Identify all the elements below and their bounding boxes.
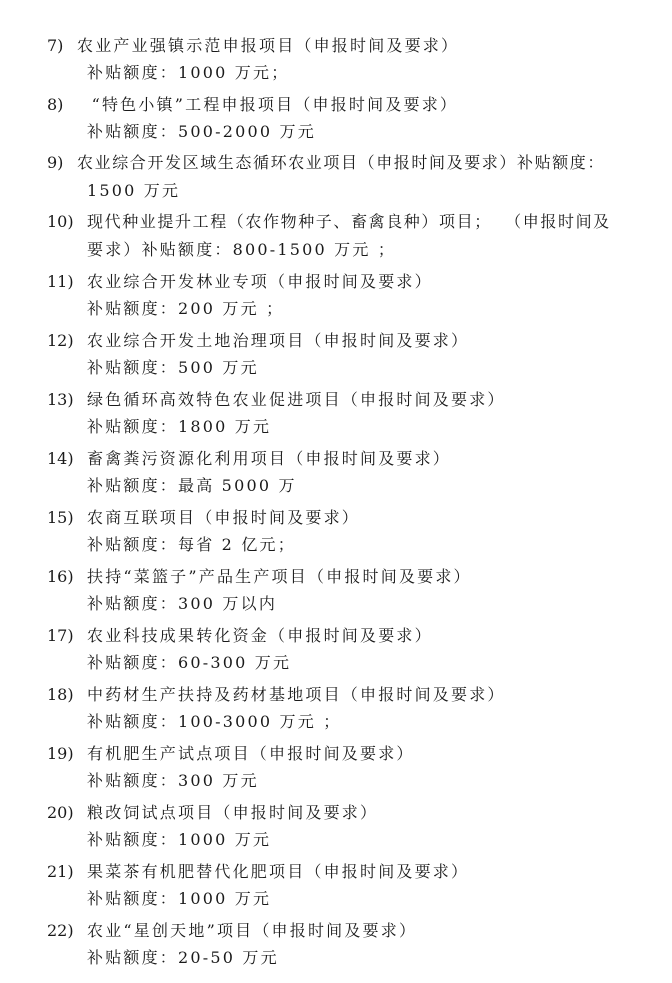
item-title: 农商互联项目（申报时间及要求） (87, 508, 360, 528)
item-subsidy: 要求）补贴额度：800-1500 万元 ； (87, 240, 396, 260)
item-number: 13) (47, 390, 74, 410)
item-subsidy: 补贴额度：300 万以内 (87, 594, 277, 614)
item-title: 粮改饲试点项目（申报时间及要求） (87, 803, 378, 823)
item-number: 7) (47, 36, 63, 56)
item-title: 农业产业强镇示范申报项目（申报时间及要求） (77, 36, 459, 56)
item-title: 扶持“菜篮子”产品生产项目（申报时间及要求） (87, 567, 472, 587)
item-subsidy: 补贴额度：最高 5000 万 (87, 476, 297, 496)
item-title: 果菜茶有机肥替代化肥项目（申报时间及要求） (87, 862, 469, 882)
item-number: 12) (47, 331, 74, 351)
item-title: 农业科技成果转化资金（申报时间及要求） (87, 626, 433, 646)
item-subsidy: 补贴额度：每省 2 亿元； (87, 535, 296, 555)
document-page: 7) 农业产业强镇示范申报项目（申报时间及要求） 补贴额度：1000 万元； 8… (0, 0, 672, 983)
item-number: 17) (47, 626, 74, 646)
item-number: 8) (47, 95, 63, 115)
item-title: 畜禽粪污资源化利用项目（申报时间及要求） (87, 449, 451, 469)
item-title: 农业综合开发区域生态循环农业项目（申报时间及要求）补贴额度： (77, 153, 605, 173)
item-subsidy: 补贴额度：1000 万元 (87, 889, 271, 909)
item-title: 中药材生产扶持及药材基地项目（申报时间及要求） (87, 685, 506, 705)
item-number: 19) (47, 744, 74, 764)
item-subsidy: 补贴额度：500 万元 (87, 358, 259, 378)
item-title: 绿色循环高效特色农业促进项目（申报时间及要求） (87, 390, 506, 410)
item-number: 10) (47, 212, 74, 232)
item-title: 有机肥生产试点项目（申报时间及要求） (87, 744, 415, 764)
item-number: 9) (47, 153, 63, 173)
item-title: 农业“星创天地”项目（申报时间及要求） (87, 921, 417, 941)
item-subsidy: 补贴额度：300 万元 (87, 771, 259, 791)
item-subsidy: 补贴额度：20-50 万元 (87, 948, 279, 968)
item-number: 22) (47, 921, 74, 941)
item-title: 现代种业提升工程（农作物种子、畜禽良种）项目； （申报时间及 (87, 212, 611, 232)
item-number: 11) (47, 272, 74, 292)
item-subsidy: 补贴额度：60-300 万元 (87, 653, 291, 673)
item-subsidy: 补贴额度：500-2000 万元 (87, 122, 316, 142)
item-number: 16) (47, 567, 74, 587)
item-subsidy: 补贴额度：1000 万元 (87, 830, 271, 850)
item-number: 14) (47, 449, 74, 469)
item-subsidy: 补贴额度：200 万元 ； (87, 299, 284, 319)
item-number: 20) (47, 803, 74, 823)
item-number: 18) (47, 685, 74, 705)
item-title: 农业综合开发土地治理项目（申报时间及要求） (87, 331, 469, 351)
item-number: 21) (47, 862, 74, 882)
item-subsidy: 补贴额度：1800 万元 (87, 417, 271, 437)
item-title: 农业综合开发林业专项（申报时间及要求） (87, 272, 433, 292)
item-subsidy: 1500 万元 (87, 181, 180, 201)
item-title: “特色小镇”工程申报项目（申报时间及要求） (77, 95, 458, 115)
item-subsidy: 补贴额度：100-3000 万元 ； (87, 712, 341, 732)
item-number: 15) (47, 508, 74, 528)
item-subsidy: 补贴额度：1000 万元； (87, 63, 289, 83)
